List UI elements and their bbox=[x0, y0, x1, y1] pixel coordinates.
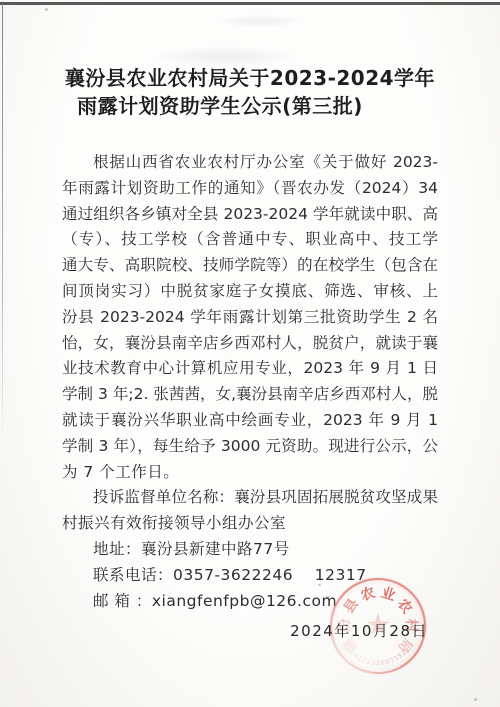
document-body-line: 通过组织各乡镇对全县 2023-2024 学年就读中职、高职 bbox=[62, 202, 438, 228]
document-body-line: 根据山西省农业农村厅办公室《关于做好 2023-2024 学 bbox=[62, 150, 438, 176]
document-body-line: 汾县 2023-2024 学年雨露计划第三批资助学生 2 名（1. 崔欣 bbox=[62, 305, 438, 331]
document-title-line1: 襄汾县农业农村局关于2023-2024学年 bbox=[62, 64, 438, 92]
document-body-line: 学制 3 年;2. 张茜茜，女,襄汾县南辛店乡西邓村人，脱贫户， bbox=[62, 382, 438, 408]
document-body-line: 为 7 个工作日。 bbox=[62, 460, 438, 486]
scan-edge-left bbox=[2, 4, 3, 444]
document-title-line2: 雨露计划资助学生公示(第三批) bbox=[32, 92, 408, 120]
document-body-line: 怡，女，襄汾县南辛店乡西邓村人，脱贫户，就读于襄汾职 bbox=[62, 331, 438, 357]
document-date: 2024年10月28日 bbox=[290, 620, 428, 641]
document-body-line: 投诉监督单位名称：襄汾县巩固拓展脱贫攻坚成果同乡 bbox=[62, 485, 438, 511]
scan-edge-top bbox=[0, 2, 500, 5]
document-body-line: （专）、技工学校（含普通中专、职业高中、技工学校、普 bbox=[62, 227, 438, 253]
document-title: 襄汾县农业农村局关于2023-2024学年 雨露计划资助学生公示(第三批) bbox=[62, 64, 438, 120]
document-body-line: 就读于襄汾兴华职业高中绘画专业，2023 年 9 月 1 日入学， bbox=[62, 408, 438, 434]
scan-speck bbox=[474, 698, 477, 701]
scanned-document-page: 襄汾县农业农村局关于2023-2024学年 雨露计划资助学生公示(第三批) 根据… bbox=[0, 0, 500, 707]
scan-speck bbox=[45, 8, 48, 11]
document-body-line: 业技术教育中心计算机应用专业，2023 年 9 月 1 日入学， bbox=[62, 356, 438, 382]
document-body-line: 村振兴有效衔接领导小组办公室 bbox=[62, 511, 438, 537]
seal-serial-digit: 2 bbox=[376, 661, 380, 667]
scan-smudge bbox=[215, 14, 305, 28]
document-body-line: 年雨露计划资助工作的通知》（晋农办发（2024）34 号）， bbox=[62, 176, 438, 202]
seal-serial-digit: 3 bbox=[371, 660, 376, 666]
document-body-line: 地址：襄汾县新建中路77号 bbox=[62, 537, 438, 563]
document-body-line: 通大专、高职院校、技师学院等）的在校学生（包含在校期 bbox=[62, 253, 438, 279]
document-body-line: 间顶岗实习）中脱贫家庭子女摸底、筛选、审核、上报，襄 bbox=[62, 279, 438, 305]
document-body: 根据山西省农业农村厅办公室《关于做好 2023-2024 学年雨露计划资助工作的… bbox=[62, 150, 438, 614]
document-body-line: 学制 3 年），每生给予 3000 元资助。现进行公示，公示期 bbox=[62, 434, 438, 460]
